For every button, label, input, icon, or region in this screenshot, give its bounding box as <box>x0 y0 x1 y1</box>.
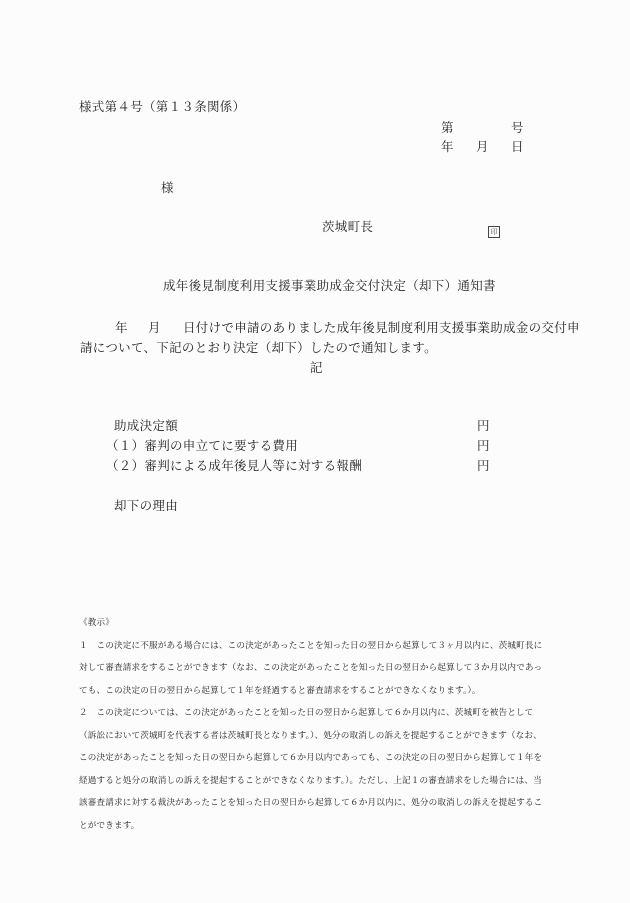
date-month: 月 <box>476 137 489 155</box>
doc-number-suffix: 号 <box>511 118 524 136</box>
body-date-year: 年 <box>115 318 128 336</box>
seal-icon: 印 <box>488 226 500 238</box>
body-line-1: 日付けで申請のありました成年後見制度利用支援事業助成金の交付申 <box>183 318 580 336</box>
seal-mark: 印 <box>488 219 500 238</box>
ki-label: 記 <box>310 358 323 376</box>
form-number: 様式第４号（第１３条関係） <box>79 97 245 115</box>
notice-item-1: １ この決定に不服がある場合には、この決定があったことを知った日の翌日から起算し… <box>79 635 549 703</box>
amount-label-petition: （１）審判の申立てに要する費用 <box>106 436 298 454</box>
amount-label-total: 助成決定額 <box>114 416 178 434</box>
document-title: 成年後見制度利用支援事業助成金交付決定（却下）通知書 <box>163 276 496 294</box>
body-date-month: 月 <box>148 318 161 336</box>
amount-unit-petition: 円 <box>477 436 490 454</box>
notice-section: 《教示》 １ この決定に不服がある場合には、この決定があったことを知った日の翌日… <box>79 612 549 837</box>
amount-unit-total: 円 <box>477 416 490 434</box>
amount-unit-remuneration: 円 <box>477 456 490 474</box>
notice-item-2: ２ この決定については、この決定があったことを知った日の翌日から起算して６か月以… <box>79 702 549 837</box>
issuer-title: 茨城町長 <box>322 217 373 235</box>
amount-label-remuneration: （２）審判による成年後見人等に対する報酬 <box>106 456 362 474</box>
addressee-suffix: 様 <box>161 178 174 196</box>
body-line-2: 請について、下記のとおり決定（却下）したので通知します。 <box>80 338 437 356</box>
date-day: 日 <box>511 137 524 155</box>
rejection-reason-label: 却下の理由 <box>114 496 178 514</box>
date-year: 年 <box>441 137 454 155</box>
notice-heading: 《教示》 <box>79 612 549 635</box>
doc-number-prefix: 第 <box>441 118 454 136</box>
